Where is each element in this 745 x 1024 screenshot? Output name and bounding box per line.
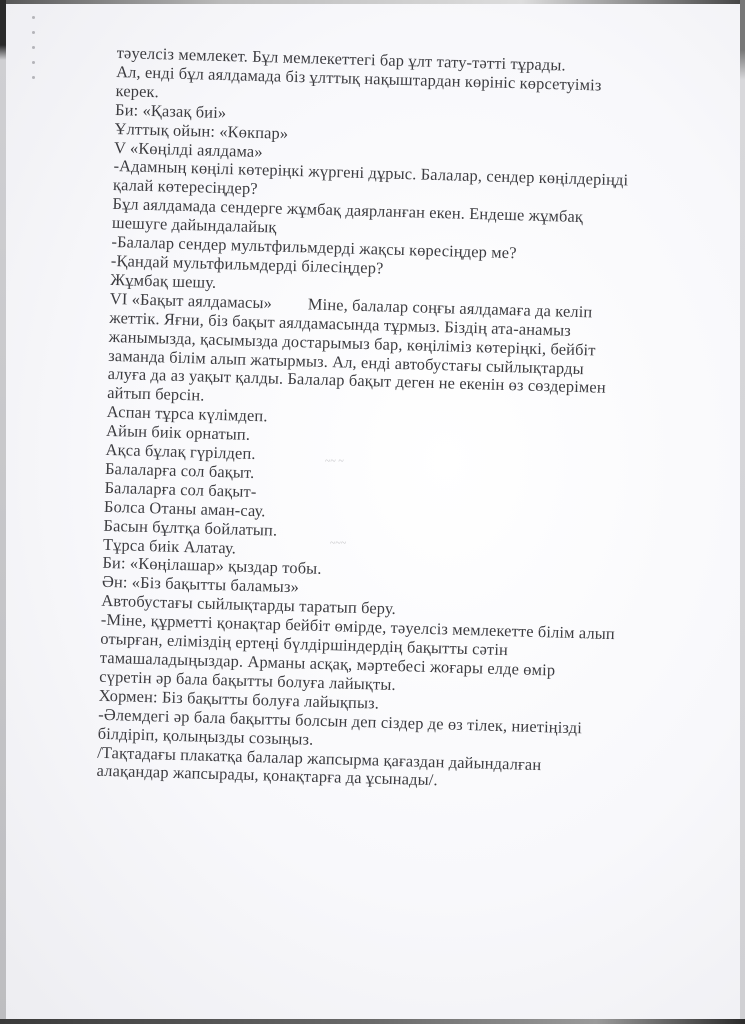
- scan-edge-bottom: [0, 1019, 745, 1024]
- poem: Аспан тұрса күлімдеп.Айын биік орнатып.А…: [103, 403, 707, 571]
- section6-body: жеттік. Яғни, біз бақыт аялдамасында тұр…: [107, 309, 709, 420]
- closing-section: Би: «Көңілашар» қыздар тобы.Ән: «Біз бақ…: [96, 554, 702, 798]
- scan-smudge: ~~~: [330, 538, 346, 549]
- intro-section: тəуелсіз мемлекет. Бұл мемлекеттегі бар …: [110, 44, 717, 306]
- scan-smudge: ~~ ~: [325, 456, 344, 467]
- punch-hole-marks: [32, 16, 40, 96]
- scan-edge-right: [740, 0, 745, 1024]
- document-body: тəуелсіз мемлекет. Бұл мемлекеттегі бар …: [96, 44, 716, 798]
